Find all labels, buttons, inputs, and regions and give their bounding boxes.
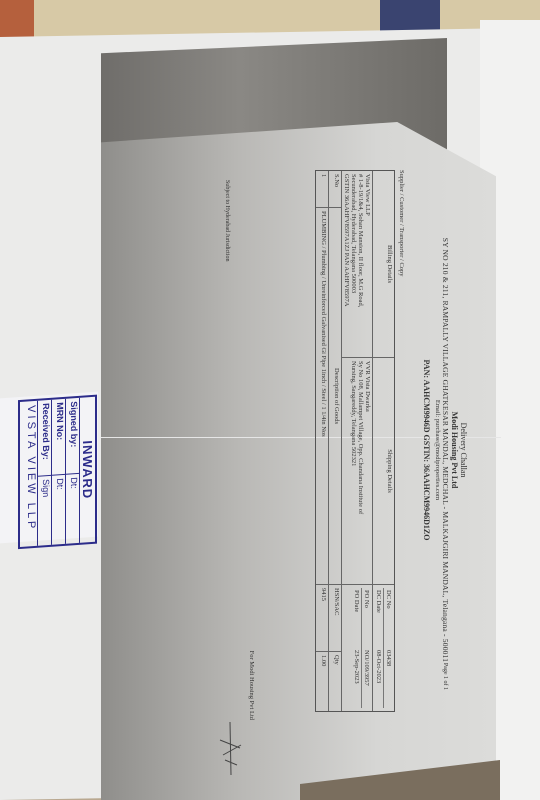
meta-label: PO No: [362, 588, 371, 648]
shipping-line: Nursing, Sangareddy, Telangana 502321: [350, 361, 357, 581]
details-header-row: Billing Details Shipping Details DC No03…: [372, 171, 394, 711]
description-header: Description of Goods: [329, 208, 341, 585]
company-email: Email: purchase@modiproperties.com: [434, 170, 441, 730]
delivery-challan: Delivery Challan Modi Housing Pvt Ltd SY…: [220, 170, 470, 730]
shipping-line: VVR Vista Dwarka: [364, 361, 371, 581]
doc-title: Delivery Challan: [459, 170, 468, 730]
stamp-label: Signed by:: [66, 398, 79, 475]
shipping-details: VVR Vista Dwarka Sy No 108, Mallampet Vi…: [342, 358, 372, 585]
item-qty: 1.00: [316, 652, 328, 711]
shipping-line: Sy No 108, Mallampet Village, Opp. Chand…: [357, 361, 364, 581]
meta-label: PO Date: [352, 588, 361, 648]
item-hsn: 9415: [316, 585, 328, 652]
meta-value: 23-Sep-2023: [352, 648, 361, 708]
billing-line: # 1-8-19/1&4, Sohan Mansion, II floor, M…: [357, 174, 364, 354]
hsn-header: HSN/SAC: [329, 585, 341, 652]
sno-header: S.No: [329, 171, 341, 208]
stamp-label: Received By:: [38, 400, 51, 477]
stamp-row: Received By:Sign: [37, 400, 51, 546]
meta-value: 08-Oct-2023: [374, 648, 383, 708]
meta-value: 03438: [384, 648, 393, 708]
stamp-title: INWARD: [79, 397, 95, 543]
for-company: For Modi Housing Pvt Ltd: [248, 651, 255, 720]
stamp-value: Sign: [38, 476, 51, 498]
po-block: PO NoNO/109/3957 PO Date23-Sep-2023: [342, 585, 372, 711]
inward-stamp: INWARD Signed by:Dt: MRN No:Dt: Received…: [0, 392, 98, 544]
shipping-header: Shipping Details: [373, 358, 394, 585]
copy-type: Supplier / Customer / Transporter / Copy: [398, 170, 405, 277]
item-sno: 1: [316, 171, 328, 208]
stamp-row: MRN No:Dt:: [51, 399, 65, 545]
meta-label: DC Date: [374, 588, 383, 648]
table-row: 1 PLUMBING / Plumbing / Unreinforced Gal…: [316, 171, 328, 711]
company-name: Modi Housing Pvt Ltd: [450, 170, 459, 730]
stamp-row: Signed by:Dt:: [65, 398, 79, 544]
billing-line: GSTIN 36AAHFV8597A1ZJ PAN AAHFV8597A: [343, 174, 350, 354]
challan-table: Billing Details Shipping Details DC No03…: [315, 170, 395, 712]
items-header-row: S.No Description of Goods HSN/SAC Qty: [328, 171, 341, 711]
signature-scribble: [215, 720, 245, 780]
stamp-footer: VISTA VIEW LLP: [25, 401, 37, 547]
pan-gstin: PAN: AAHCM9946D GSTIN: 36AAHCM9946D1ZO: [422, 170, 431, 730]
billing-details: Vista View LLP # 1-8-19/1&4, Sohan Mansi…: [342, 171, 372, 358]
stamp-label: MRN No:: [52, 399, 65, 476]
billing-header: Billing Details: [373, 171, 394, 358]
billing-line: Vista View LLP: [364, 174, 371, 354]
stamp-box: INWARD Signed by:Dt: MRN No:Dt: Received…: [18, 395, 97, 550]
item-description: PLUMBING / Plumbing / Unreinforced Galva…: [316, 208, 328, 585]
billing-line: Secunderabad, Hyderabad, Telangana 50000…: [350, 174, 357, 354]
details-row: Vista View LLP # 1-8-19/1&4, Sohan Mansi…: [341, 171, 372, 711]
meta-value: NO/109/3957: [362, 648, 371, 708]
page-number: Page 1 of 1: [442, 663, 448, 690]
stamp-value: Dt:: [66, 474, 79, 489]
meta-block: DC No03438 DC Date08-Oct-2023: [373, 585, 394, 711]
qty-header: Qty: [329, 652, 341, 711]
jurisdiction-note: Subject to Hyderabad Jurisdiction: [224, 180, 230, 261]
meta-label: DC No: [384, 588, 393, 648]
company-address: SY NO 210 & 211, RAMPALLY VILLAGE GHATKE…: [441, 170, 450, 730]
stamp-value: Dt:: [52, 475, 65, 490]
